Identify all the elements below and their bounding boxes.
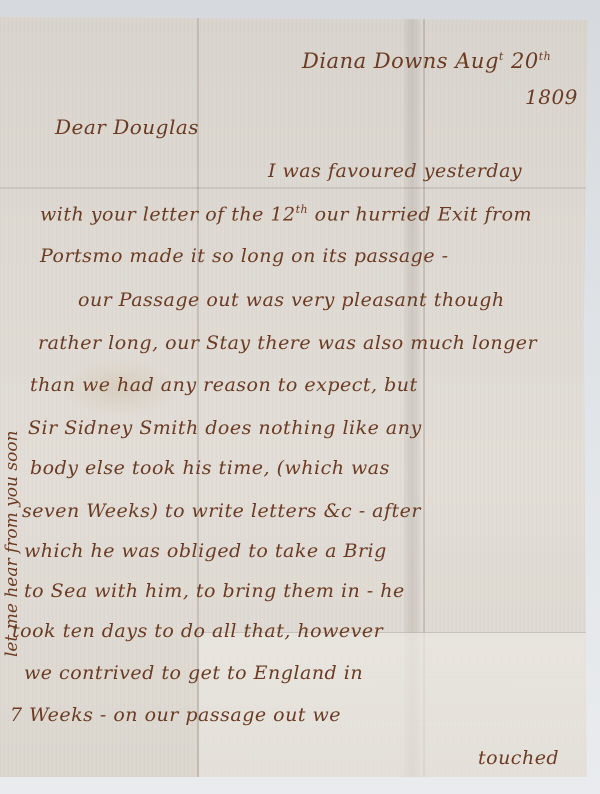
body-line-8: body else took his time, (which was xyxy=(30,457,390,479)
date-day: 20 xyxy=(511,49,539,73)
body-line-12: took ten days to do all that, however xyxy=(12,620,383,642)
body-line-5: rather long, our Stay there was also muc… xyxy=(38,332,537,354)
letter-year: 1809 xyxy=(525,85,578,109)
body-line-7: Sir Sidney Smith does nothing like any xyxy=(28,417,422,439)
letter-heading-place: Diana Downs Augt 20th xyxy=(302,49,551,73)
body-line-13: we contrived to get to England in xyxy=(24,662,363,684)
body-line-2-cont: our hurried Exit from xyxy=(315,203,532,225)
place-name: Diana Downs xyxy=(302,49,448,73)
catchword: touched xyxy=(478,747,559,769)
letter-sheet: Diana Downs Augt 20th 1809 Dear Douglas … xyxy=(0,17,588,777)
ordinal-suffix: th xyxy=(296,203,309,216)
date-day-suffix: th xyxy=(539,50,552,63)
body-line-14: 7 Weeks - on our passage out we xyxy=(10,704,341,726)
body-line-10: which he was obliged to take a Brig xyxy=(24,540,387,562)
margin-note: let me hear from you soon xyxy=(2,430,22,657)
body-line-2-text: with your letter of the 12 xyxy=(40,203,296,225)
body-line-1: I was favoured yesterday xyxy=(268,160,522,182)
body-line-3: Portsmo made it so long on its passage - xyxy=(40,245,449,267)
body-line-4: our Passage out was very pleasant though xyxy=(78,289,505,311)
body-line-11: to Sea with him, to bring them in - he xyxy=(24,580,405,602)
body-line-9: seven Weeks) to write letters &c - after xyxy=(22,500,421,522)
fold-crease-top xyxy=(0,187,588,189)
body-line-6: than we had any reason to expect, but xyxy=(30,374,418,396)
date-month-suffix: t xyxy=(499,50,504,63)
date-month: Aug xyxy=(455,49,499,73)
body-line-2: with your letter of the 12th our hurried… xyxy=(40,203,532,225)
salutation: Dear Douglas xyxy=(55,115,199,139)
